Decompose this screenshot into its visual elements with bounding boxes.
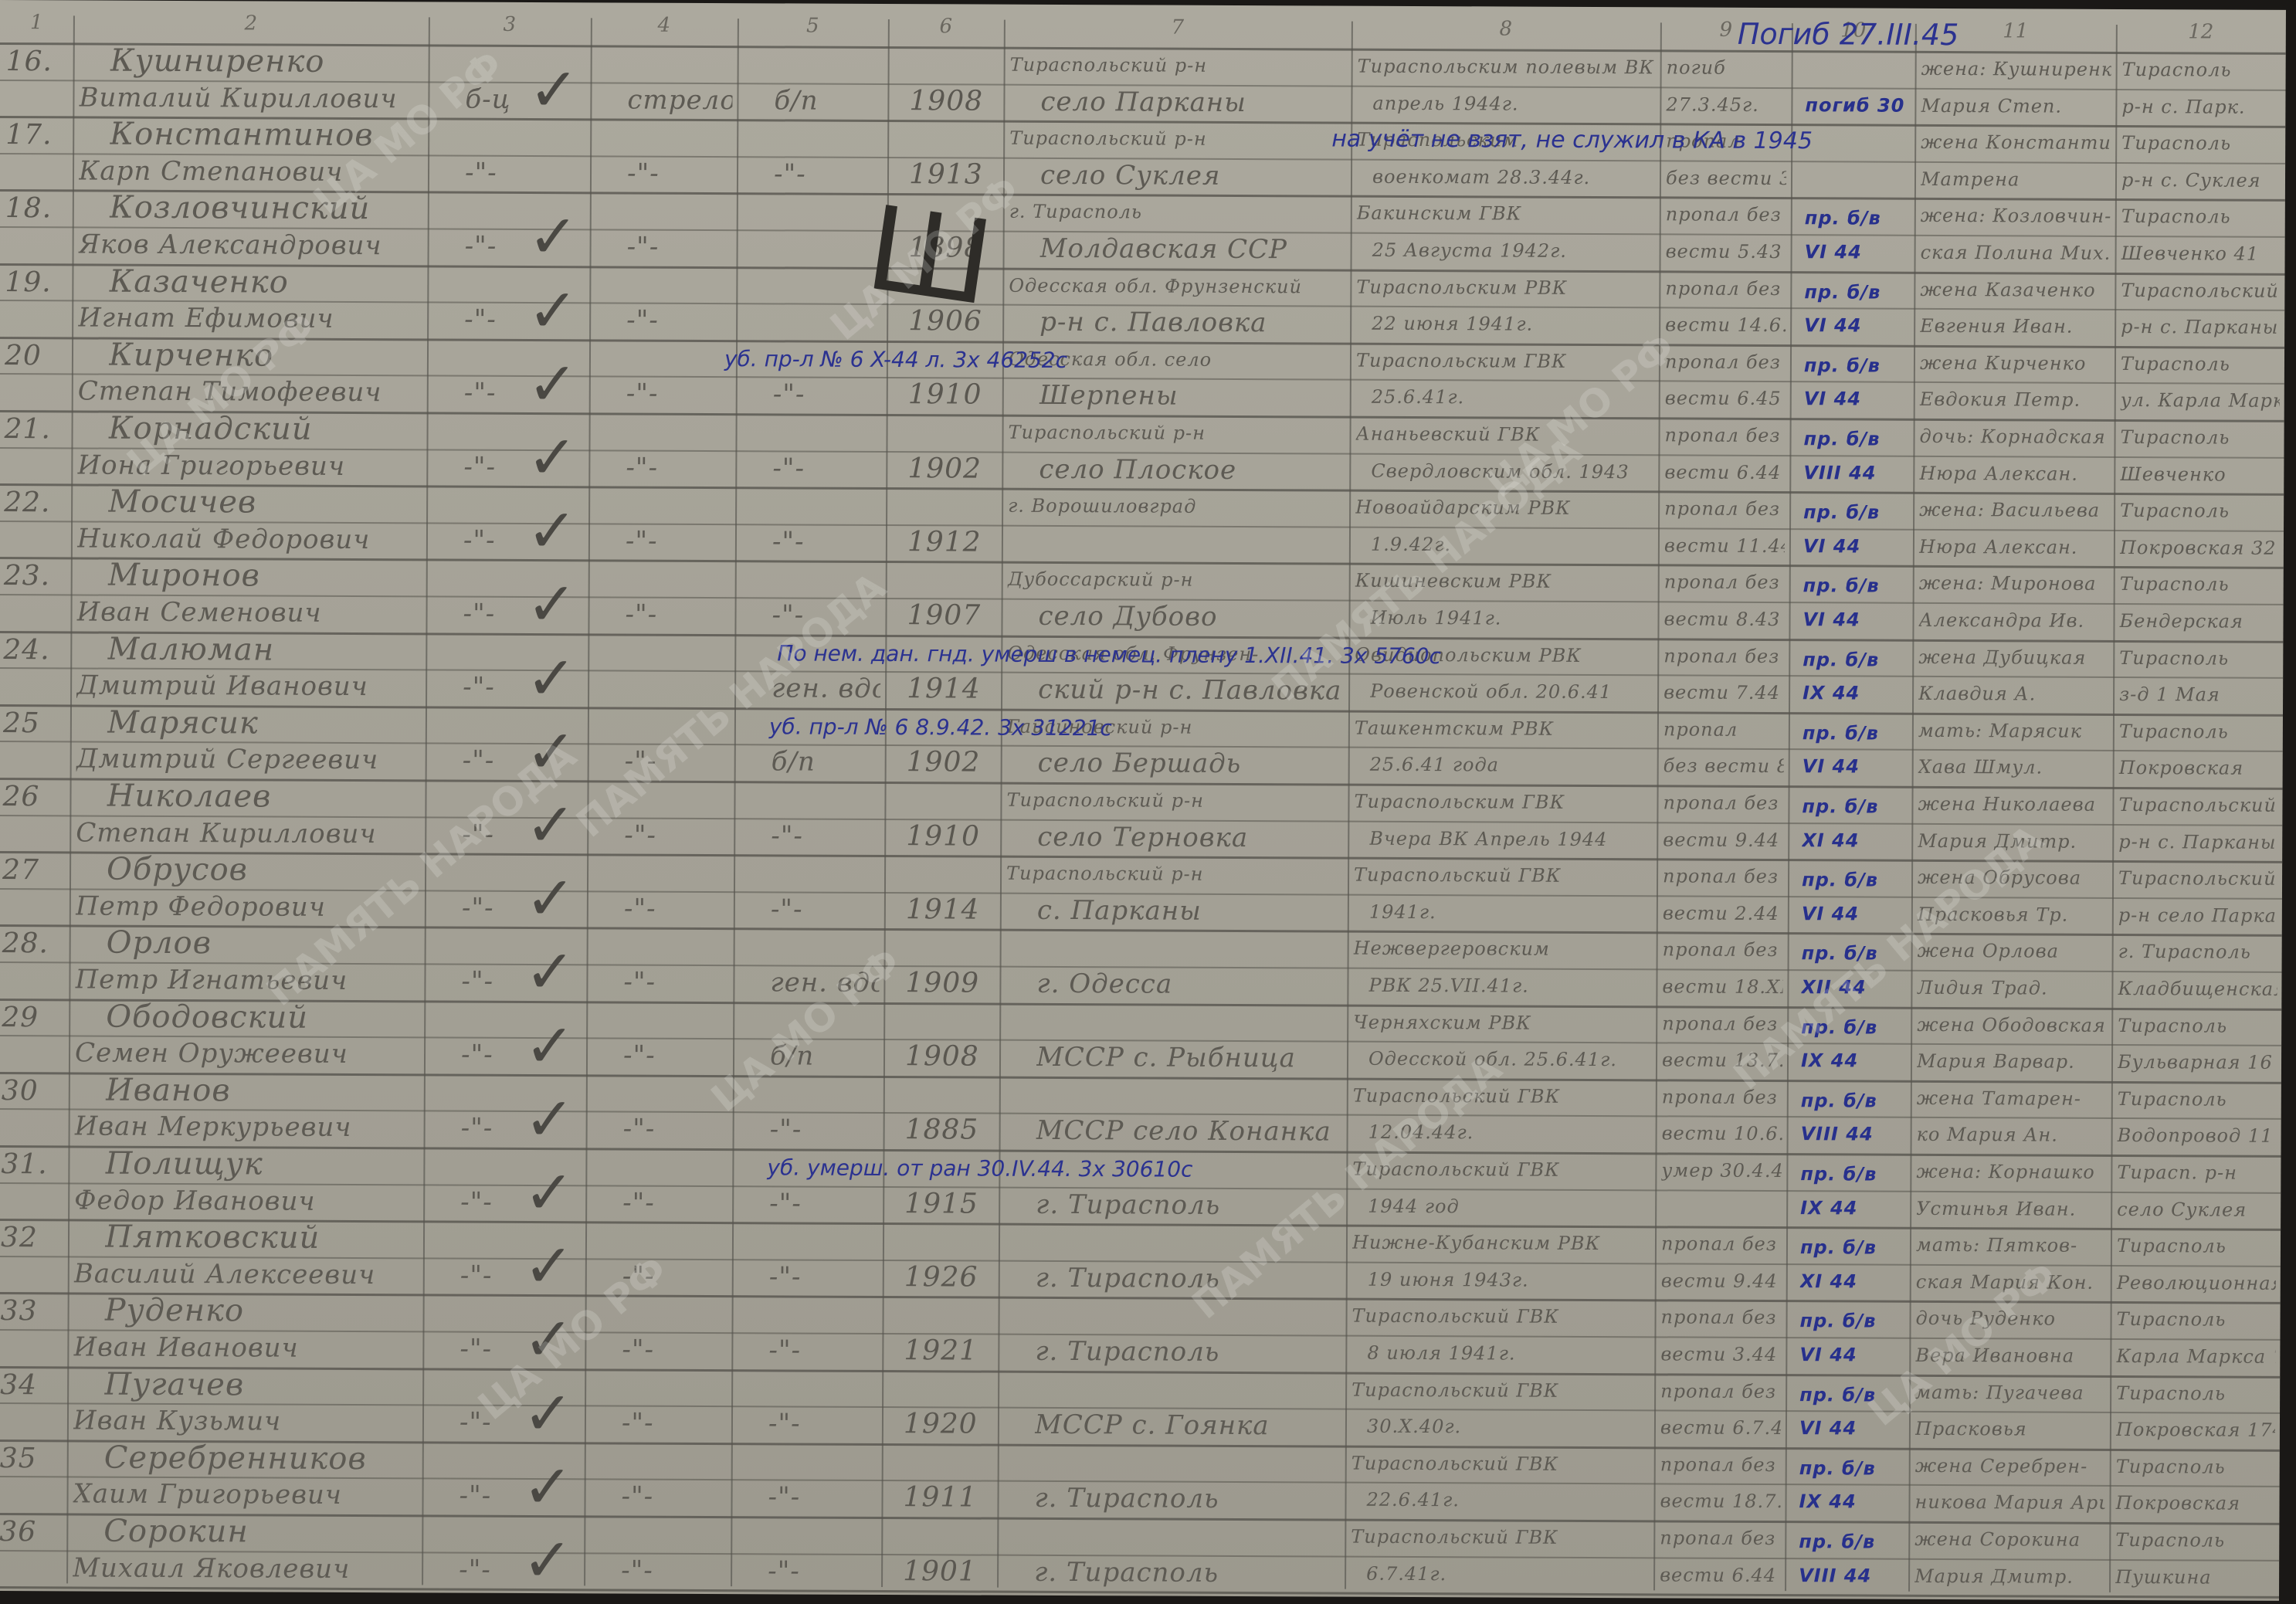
conscription-date: 12.04.44г. (1368, 1114, 1651, 1151)
relative-line-1: жена Константинова (1921, 124, 2111, 161)
relative-line-1: жена Казаченко (1920, 271, 2110, 307)
conscription-office: Тираспольским ГВК (1356, 342, 1654, 379)
fate-date: вести 7.44 (1663, 675, 1784, 711)
fate-status: пропал без (1660, 1373, 1781, 1409)
surname: Полищук (105, 1146, 419, 1183)
relative-line-1: дочь: Корнадская (1919, 419, 2109, 455)
disposition-month: IX 44 (1801, 1043, 1906, 1079)
disposition-mark: пр. б/в (1803, 568, 1908, 605)
given-name-patronymic: Игнат Ефимович (78, 300, 422, 337)
address-line-2: Покровская (2115, 1485, 2274, 1521)
birthplace-line-2: с. Парканы (1037, 893, 1343, 930)
fate-date: без вести 3.45 (1666, 160, 1786, 196)
column-number-header: 123456789101112 (0, 0, 2286, 10)
surname: Обрусов (107, 852, 420, 889)
conscription-office: Ананьевский ГВК (1355, 416, 1653, 453)
conscription-office: Кишиневским РВК (1355, 563, 1653, 600)
address-line-1: Тирасполь (2115, 1522, 2274, 1558)
table-row: 25МарясикДмитрий Сергеевич-"--"-б/п1902Г… (0, 0, 2286, 10)
address-line-1: Тирасполь (2118, 1008, 2277, 1044)
conscription-office: Бакинским ГВК (1357, 195, 1655, 232)
birth-year: 1914 (906, 892, 995, 928)
relative-line-2: ская Мария Кон. (1916, 1264, 2106, 1300)
military-rank: -"- (623, 1038, 728, 1074)
check-mark-icon: ✓ (524, 1016, 575, 1077)
birth-year: 1901 (903, 1554, 992, 1590)
relative-line-2: Вера Ивановна (1915, 1338, 2105, 1374)
conscription-office: Черняхским РВК (1353, 1004, 1651, 1041)
disposition-month: XI 44 (1802, 822, 1907, 859)
record-number: 19. (5, 265, 67, 300)
disposition-month: IX 44 (1803, 675, 1908, 711)
birthplace-line-2: село Парканы (1040, 83, 1346, 120)
given-name-patronymic: Хаим Григорьевич (73, 1477, 417, 1514)
conscription-date: 1944 год (1368, 1188, 1650, 1225)
record-number: 35 (0, 1441, 63, 1477)
disposition-month: XI 44 (1800, 1263, 1905, 1300)
fate-status: пропал без (1663, 932, 1783, 968)
birthplace-line-1: г. Ворошиловград (1008, 488, 1345, 525)
address-line-2: Покровская 32 (2120, 530, 2279, 566)
fate-date: вести 10.6.44 (1662, 1116, 1782, 1152)
military-rank: -"- (624, 817, 729, 853)
check-mark-icon: ✓ (527, 281, 578, 341)
record-number: 18. (5, 191, 68, 226)
birthplace-line-1: г. Тирасполь (1009, 194, 1346, 231)
column-number-6: 6 (888, 15, 1004, 39)
table-row: 26НиколаевСтепан Кириллович-"--"--"-1910… (0, 0, 2286, 10)
given-name-patronymic: Федор Иванович (74, 1182, 419, 1219)
surname: Марясик (107, 704, 421, 741)
check-mark-icon: ✓ (524, 1163, 575, 1223)
birthplace-line-1: Одесская обл. Фрунзенский (1009, 267, 1345, 304)
conscription-date: 22.6.41г. (1366, 1482, 1649, 1519)
fate-date: вести 18.7.44 (1660, 1484, 1780, 1520)
check-mark-icon: ✓ (525, 795, 576, 856)
birth-year: 1907 (907, 598, 996, 634)
table-row: 24.МалюманДмитрий Иванович-"-ген. вдов.1… (0, 0, 2286, 10)
fate-date: вести 6.44 (1660, 1557, 1780, 1593)
relative-line-1: жена: Кушниренко (1921, 51, 2111, 87)
disposition-month: VI 44 (1802, 896, 1907, 932)
birthplace-line-1: Тираспольский р-н (1010, 47, 1347, 84)
table-grid (0, 0, 2286, 10)
address-line-2: р-н с. Парк. (2121, 89, 2281, 125)
conscription-date: 8 июля 1941г. (1367, 1335, 1650, 1372)
check-mark-icon: ✓ (524, 1090, 575, 1150)
military-rank: -"- (627, 229, 732, 266)
address-line-2: Покровская (2119, 750, 2278, 786)
disposition-mark: пр. б/в (1799, 1450, 1904, 1487)
address-line-1: Тирасполь (2118, 1081, 2277, 1117)
position: -"- (774, 156, 883, 192)
position: -"- (768, 1406, 877, 1443)
military-rank: -"- (621, 1552, 726, 1589)
fate-date: вести 3.44 (1660, 1336, 1781, 1372)
fate-date: вести 14.6.42 (1665, 307, 1786, 344)
conscription-date: военкомат 28.3.44г. (1372, 159, 1655, 196)
disposition-mark: пр. б/в (1802, 862, 1907, 898)
record-number: 22. (4, 485, 66, 521)
conscription-date: Одесской обл. 25.6.41г. (1368, 1041, 1651, 1078)
surname: Корнадский (108, 411, 422, 448)
disposition-mark: пр. б/в (1801, 1009, 1906, 1046)
record-number: 25 (3, 706, 66, 741)
relative-line-2: Нюра Алексан. (1919, 529, 2109, 565)
fate-status: умер 30.4.44 (1661, 1152, 1782, 1189)
military-rank: -"- (622, 1185, 727, 1221)
check-mark-icon: ✓ (527, 207, 578, 267)
record-number: 31. (1, 1147, 63, 1182)
relative-line-2: Мария Дмитр. (1914, 1558, 2104, 1594)
column-divider (422, 17, 430, 1585)
surname: Руденко (104, 1293, 418, 1330)
position: -"- (770, 1112, 879, 1148)
military-rank: -"- (622, 1406, 727, 1442)
address-line-2: р-н село Парканы (2118, 897, 2277, 934)
given-name-patronymic: Виталий Кириллович (79, 80, 423, 117)
address-line-2: Покровская 174 (2116, 1412, 2275, 1448)
record-number: 30 (2, 1073, 64, 1109)
disposition-mark: пр. б/в (1804, 274, 1909, 310)
given-name-patronymic: Иона Григорьевич (77, 447, 422, 484)
table-row: 33РуденкоИван Иванович-"--"--"-1921г. Ти… (0, 0, 2286, 10)
conscription-office: Тираспольский ГВК (1351, 1372, 1650, 1409)
birthplace-line-2: ский р-н с. Павловка (1038, 672, 1344, 709)
relative-line-1: жена Кирченко (1920, 345, 2110, 382)
surname: Пугачев (104, 1366, 418, 1403)
relative-line-1: жена Николаева (1918, 786, 2108, 822)
disposition-mark: пр. б/в (1799, 1304, 1904, 1340)
column-divider (1785, 23, 1793, 1591)
table-row: 36СорокинМихаил Яковлевич-"--"--"-1901г.… (0, 0, 2286, 10)
position: -"- (771, 891, 880, 927)
check-mark-icon: ✓ (523, 1384, 574, 1444)
disposition-month: VI 44 (1803, 528, 1908, 565)
relative-line-2: Мария Дмитр. (1918, 822, 2108, 859)
position: -"- (772, 524, 881, 560)
conscription-date: Ровенской обл. 20.6.41 (1370, 673, 1653, 710)
fate-date: вести 18.XI.44 (1662, 968, 1782, 1005)
fate-date: 27.3.45г. (1666, 86, 1786, 123)
birth-year: 1921 (904, 1333, 993, 1369)
disposition-month: VIII 44 (1801, 1117, 1906, 1153)
birth-year: 1914 (907, 671, 996, 707)
column-number-4: 4 (591, 13, 738, 37)
table-row: 31.ПолищукФедор Иванович-"--"--"-1915г. … (0, 0, 2286, 10)
address-line-1: Тирасп. р-н (2117, 1155, 2276, 1191)
disposition-mark: пр. б/в (1803, 642, 1908, 678)
disposition-mark: пр. б/в (1801, 1083, 1906, 1119)
birth-year: 1915 (904, 1186, 994, 1222)
conscription-office: Тираспольский ГВК (1353, 1077, 1651, 1114)
fate-status: пропал без (1661, 1226, 1782, 1263)
military-rank: -"- (626, 376, 731, 412)
military-rank: -"- (625, 744, 730, 780)
record-number: 27 (2, 853, 65, 888)
conscription-date: 1.9.42г. (1371, 527, 1653, 564)
fate-date: вести 11.44 (1664, 527, 1785, 564)
conscription-office: Новоайдарским РВК (1355, 490, 1653, 527)
check-mark-icon: ✓ (525, 869, 576, 929)
relative-line-2: Прасковья (1915, 1411, 2105, 1447)
relative-line-2: Матрена (1921, 161, 2111, 198)
table-row: 22.МосичевНиколай Федорович-"--"--"-1912… (0, 0, 2286, 10)
column-divider (997, 20, 1006, 1588)
disposition-month: VI 44 (1804, 382, 1909, 418)
birth-year: 1909 (905, 965, 995, 1002)
address-line-2: Революционная 3 (2117, 1265, 2276, 1301)
birth-year: 1920 (904, 1406, 993, 1443)
relative-line-1: мать: Пятков- (1916, 1227, 2106, 1263)
record-number: 20 (5, 338, 67, 374)
surname: Орлов (107, 925, 420, 962)
address-line-1: Тирасполь (2121, 125, 2281, 161)
surname: Казаченко (109, 263, 422, 300)
conscription-date: 30.X.40г. (1367, 1409, 1650, 1446)
address-line-2: Шевченко 41 (2121, 236, 2280, 272)
disposition-mark: пр. б/в (1802, 788, 1907, 825)
address-line-1: Тирасполь (2116, 1301, 2275, 1338)
surname: Малюман (107, 631, 421, 668)
birthplace-line-2: село Дубово (1038, 599, 1344, 636)
birthplace-line-2: г. Тирасполь (1034, 1480, 1340, 1518)
military-rank: -"- (627, 155, 732, 192)
relative-line-1: жена Сорокина (1914, 1521, 2104, 1558)
position: ген. вдов. (772, 671, 880, 707)
fate-date: без вести 8.44 (1663, 748, 1784, 785)
birthplace-line-1: Тираспольский р-н (1006, 856, 1343, 893)
disposition-month: VI 44 (1804, 234, 1909, 270)
address-line-2: Карла Маркса 7 (2116, 1338, 2275, 1375)
relative-line-1: мать: Пугачева (1915, 1374, 2105, 1410)
disposition-month: XII 44 (1801, 969, 1906, 1005)
disposition-mark: пр. б/в (1799, 1524, 1904, 1560)
relative-line-1: жена: Козловчин- (1921, 198, 2111, 234)
position: -"- (768, 1553, 877, 1589)
fate-date: вести 6.45 (1665, 381, 1786, 417)
position: -"- (769, 1259, 878, 1295)
disposition-mark (1805, 127, 1910, 127)
given-name-patronymic: Иван Семенович (76, 594, 421, 631)
address-line-2: р-н с. Парканы (2118, 824, 2277, 860)
birthplace-line-2: г. Тирасполь (1036, 1260, 1341, 1297)
birthplace-line-2: г. Одесса (1036, 966, 1342, 1003)
conscription-date: 19 июня 1943г. (1368, 1262, 1650, 1299)
conscription-office: Тираспольский ГВК (1351, 1298, 1650, 1335)
address-line-2: р-н с. Суклея (2121, 162, 2281, 198)
military-rank: -"- (625, 597, 730, 633)
fate-date: вести 9.44 (1663, 822, 1783, 858)
birth-year: 1912 (907, 524, 997, 561)
conscription-office: Тираспольским РВК (1356, 269, 1654, 306)
fate-date: вести 9.44 (1661, 1263, 1782, 1299)
check-mark-icon: ✓ (522, 1457, 573, 1518)
fate-status: пропал без (1663, 638, 1784, 674)
surname: Константинов (110, 117, 423, 154)
relative-line-2: Нюра Алексан. (1919, 455, 2109, 491)
disposition-mark: пр. б/в (1805, 201, 1910, 237)
record-number: 17. (5, 117, 68, 153)
given-name-patronymic: Карп Степанович (79, 153, 423, 190)
disposition-month: погиб 30 а (1805, 87, 1910, 124)
table-row: 20КирченкоСтепан Тимофеевич-"--"--"-1910… (0, 0, 2286, 10)
table-row: 29ОбодовскийСемен Оружеевич-"--"-б/п1908… (0, 0, 2286, 10)
relative-line-2: Хава Шмул. (1918, 749, 2108, 785)
given-name-patronymic: Дмитрий Сергеевич (76, 741, 421, 778)
conscription-office: Тираспольский ГВК (1352, 1151, 1650, 1189)
position: -"- (768, 1332, 877, 1368)
fate-date: вести 6.7.44 (1660, 1410, 1781, 1446)
address-line-1: Тирасполь (2120, 419, 2279, 456)
surname: Иванов (106, 1072, 419, 1109)
given-name-patronymic: Семен Оружеевич (75, 1036, 419, 1073)
birthplace-line-2: МССР с. Рыбница (1036, 1039, 1342, 1077)
birth-year: 1910 (908, 378, 998, 414)
disposition-month: VI 44 (1799, 1410, 1904, 1446)
relative-line-1: жена Серебрен- (1915, 1448, 2105, 1484)
position: ген. вдов. (770, 965, 879, 1001)
birth-year: 1911 (903, 1480, 992, 1517)
table-row: 30ИвановИван Меркурьевич-"--"--"-1885МСС… (0, 0, 2286, 10)
given-name-patronymic: Иван Иванович (73, 1329, 418, 1366)
check-mark-icon: ✓ (526, 722, 577, 782)
given-name-patronymic: Степан Тимофеевич (78, 374, 422, 411)
record-number: 23. (4, 558, 66, 594)
column-number-12: 12 (2116, 20, 2286, 44)
relative-line-1: жена Орлова (1918, 933, 2108, 969)
address-line-1: Тирасполь (2120, 493, 2279, 529)
given-name-patronymic: Михаил Яковлевич (73, 1550, 417, 1587)
check-mark-icon: ✓ (526, 649, 577, 709)
address-line-1: Тираспольский (2118, 787, 2277, 823)
given-name-patronymic: Дмитрий Иванович (76, 668, 421, 705)
disposition-month: VI 44 (1804, 307, 1909, 344)
disposition-month: VI 44 (1803, 749, 1908, 785)
address-line-1: Тирасполь (2116, 1375, 2275, 1412)
disposition-mark: пр. б/в (1803, 421, 1908, 457)
relative-line-1: мать: Марясик (1918, 713, 2108, 749)
fate-status: погиб (1667, 49, 1787, 86)
given-name-patronymic: Степан Кириллович (76, 815, 420, 852)
military-rank: -"- (624, 890, 729, 927)
fate-status: пропал без (1660, 1520, 1780, 1556)
relative-line-1: жена: Миронова (1919, 565, 2109, 602)
position: -"- (771, 818, 880, 854)
relative-line-2: Мария Степ. (1921, 87, 2111, 124)
relative-line-2: никова Мария Ари. (1914, 1484, 2104, 1521)
given-name-patronymic: Василий Алексеевич (74, 1256, 419, 1293)
surname: Ободовский (106, 999, 419, 1036)
given-name-patronymic: Петр Игнатьевич (75, 961, 419, 999)
conscription-office: Тираспольским ГВК (1354, 784, 1652, 821)
fate-date: вести 5.43 (1666, 233, 1786, 270)
surname: Миронов (108, 558, 422, 595)
party-affiliation: -"- (465, 154, 585, 191)
surname: Николаев (107, 778, 420, 816)
birthplace-line-2: Молдавская ССР (1040, 231, 1346, 268)
table-row: 18.КозловчинскийЯков Александрович-"--"-… (0, 0, 2286, 10)
column-divider (1345, 22, 1353, 1589)
birth-year: 1902 (907, 745, 996, 782)
disposition-mark: пр. б/в (1804, 348, 1909, 384)
record-number: 26 (2, 779, 65, 815)
birth-year: 1908 (905, 1039, 995, 1075)
record-number: 24. (3, 632, 66, 668)
conscription-date: Июль 1941г. (1370, 600, 1653, 637)
address-line-2: Кладбищенская (2118, 971, 2277, 1007)
disposition-mark: пр. б/в (1802, 936, 1907, 972)
relative-line-1: жена: Корнашко (1916, 1154, 2106, 1190)
birthplace-line-2: село Плоское (1039, 451, 1345, 488)
record-number: 29 (2, 1000, 64, 1036)
relative-line-2: Устинья Иван. (1916, 1190, 2106, 1226)
relative-line-2: Мария Варвар. (1917, 1043, 2107, 1080)
military-rank: -"- (622, 1332, 727, 1368)
given-name-patronymic: Николай Федорович (77, 521, 422, 558)
surname: Козловчинский (110, 190, 423, 227)
header-annotation: Погиб 27.III.45 (1738, 17, 1959, 52)
address-line-2: Пушкина (2115, 1559, 2274, 1596)
position: -"- (768, 1480, 877, 1516)
birthplace-line-2: г. Тирасполь (1034, 1554, 1340, 1591)
given-name-patronymic: Иван Кузьмич (73, 1403, 418, 1440)
conscription-date: 25.6.41г. (1372, 379, 1654, 416)
record-number: 28. (2, 926, 65, 961)
table-row: 35СеребренниковХаим Григорьевич-"--"--"-… (0, 0, 2286, 10)
record-number: 36 (0, 1514, 62, 1550)
inline-annotation: уб. пр-л № 6 8.9.42. 3х 31221с (769, 714, 1112, 741)
address-line-2: Шевченко (2120, 456, 2279, 493)
address-line-2: Бендерская (2119, 603, 2278, 639)
birthplace-line-2: Шерпены (1039, 378, 1345, 415)
birthplace-line-2: г. Тирасполь (1036, 1186, 1341, 1223)
birthplace-line-2: МССР с. Гоянка (1035, 1407, 1341, 1444)
relative-line-2: Лидия Трад. (1917, 970, 2107, 1006)
relative-line-1: жена Дубицкая (1918, 639, 2108, 675)
military-rank: -"- (626, 523, 731, 559)
address-line-1: Тирасполь (2121, 198, 2281, 235)
birth-year: 1908 (909, 83, 999, 120)
disposition-mark: пр. б/в (1803, 494, 1908, 531)
relative-line-1: жена Обрусова (1918, 860, 2108, 896)
column-divider (731, 19, 739, 1586)
position: -"- (772, 597, 880, 633)
position: -"- (773, 377, 882, 413)
table-row: 17.КонстантиновКарп Степанович-"--"--"-1… (0, 0, 2286, 10)
relative-line-2: Евгения Иван. (1920, 308, 2110, 344)
inline-annotation: По нем. дан. гнд. умерш в немец. плену 1… (777, 640, 1441, 669)
military-rank: -"- (626, 449, 731, 486)
military-rank: -"- (626, 303, 731, 339)
conscription-date: 25.6.41 года (1370, 747, 1653, 784)
check-mark-icon: ✓ (527, 354, 578, 415)
disposition-mark: пр. б/в (1800, 1156, 1905, 1192)
surname: Серебренников (104, 1440, 418, 1477)
birthplace-line-1: Тираспольский р-н (1009, 120, 1346, 158)
record-number: 16. (6, 44, 69, 80)
position: б/п (770, 1039, 879, 1075)
relative-line-2: ская Полина Мих. (1920, 235, 2110, 271)
fate-status: пропал без (1660, 1300, 1781, 1336)
record-number: 32 (1, 1220, 63, 1256)
column-divider (584, 18, 592, 1585)
conscription-office: Нежвергеровским (1354, 931, 1652, 968)
address-line-2: село Суклея (2117, 1192, 2276, 1228)
address-line-1: Тираспольский (2118, 860, 2277, 897)
column-number-7: 7 (1004, 15, 1351, 40)
relative-line-2: Евдокия Петр. (1920, 382, 2110, 418)
